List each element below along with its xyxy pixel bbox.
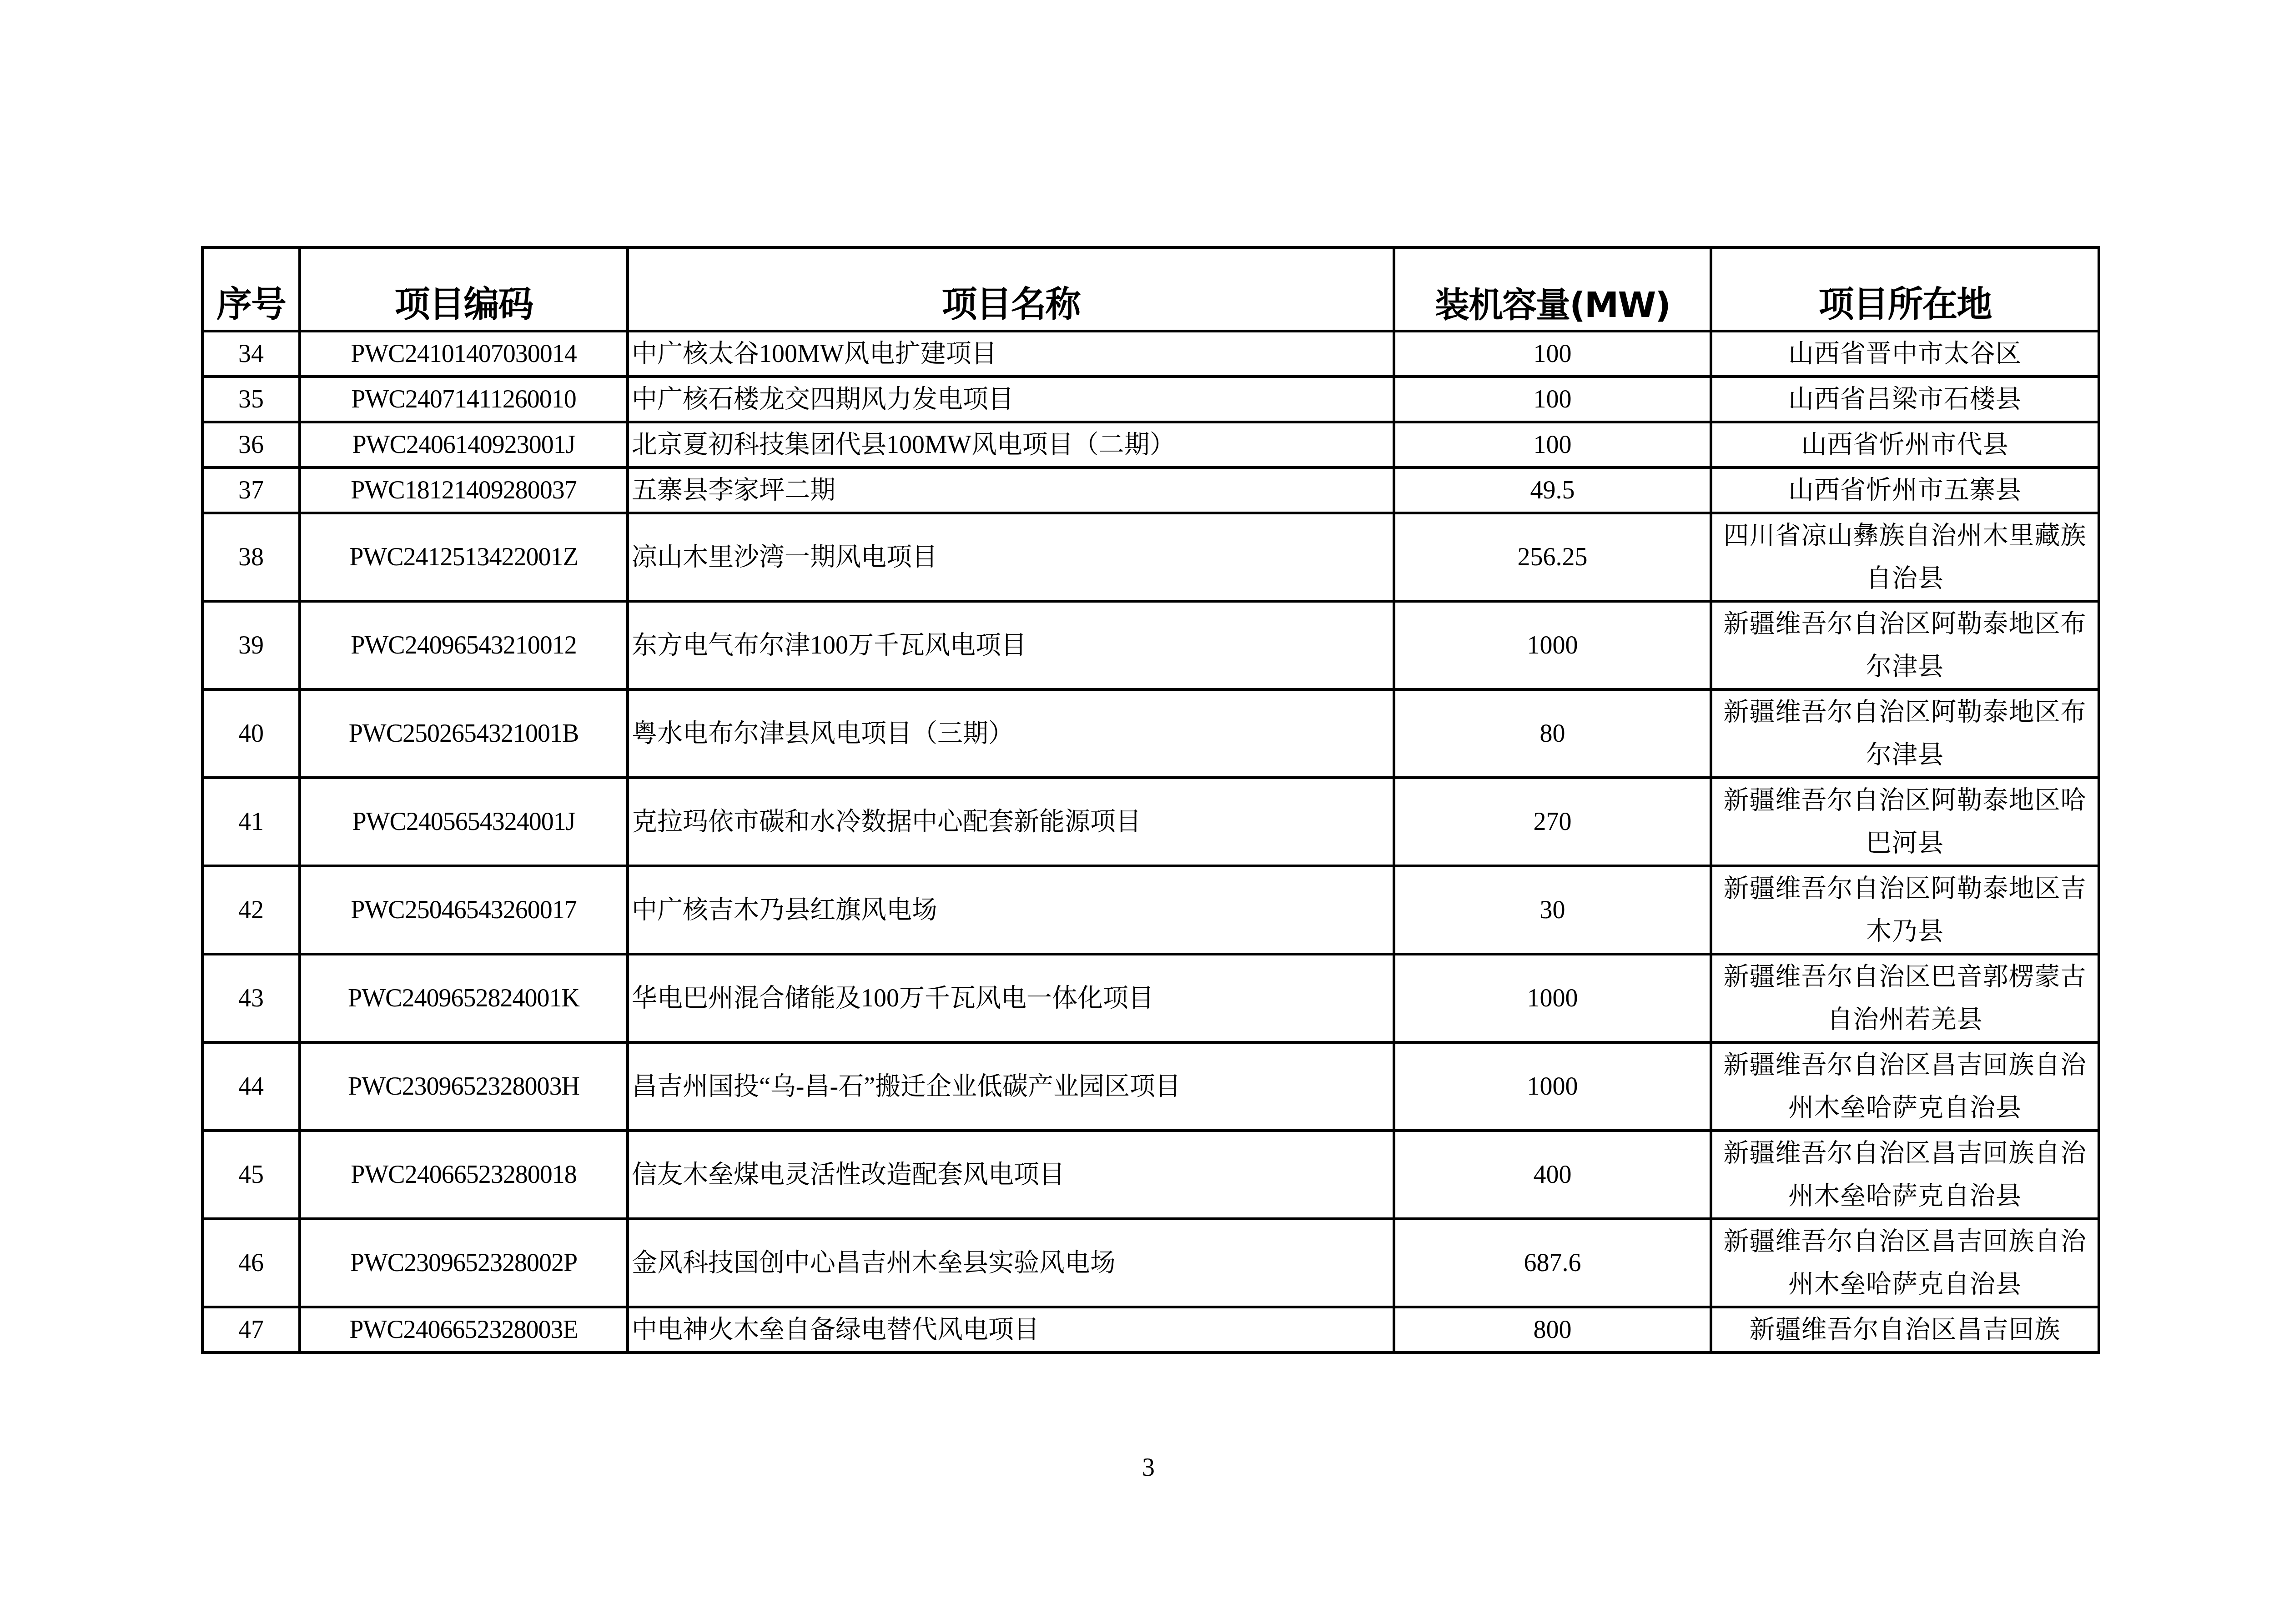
cell-capacity: 270 (1394, 778, 1711, 866)
table-row: 40 PWC2502654321001B 粤水电布尔津县风电项目（三期） 80 … (202, 689, 2099, 778)
cell-index: 42 (202, 866, 300, 954)
cell-index: 34 (202, 331, 300, 377)
cell-capacity: 687.6 (1394, 1219, 1711, 1307)
cell-name: 中电神火木垒自备绿电替代风电项目 (628, 1307, 1394, 1352)
cell-name: 粤水电布尔津县风电项目（三期） (628, 689, 1394, 778)
cell-code: PWC2309652328002P (300, 1219, 628, 1307)
cell-location: 山西省忻州市五寨县 (1711, 468, 2099, 513)
header-code: 项目编码 (300, 247, 628, 331)
cell-name: 北京夏初科技集团代县100MW风电项目（二期） (628, 422, 1394, 468)
cell-name: 中广核太谷100MW风电扩建项目 (628, 331, 1394, 377)
cell-capacity: 1000 (1394, 601, 1711, 689)
table-row: 35 PWC24071411260010 中广核石楼龙交四期风力发电项目 100… (202, 377, 2099, 422)
cell-capacity: 1000 (1394, 1042, 1711, 1131)
page-number: 3 (1126, 1453, 1171, 1482)
cell-capacity: 800 (1394, 1307, 1711, 1352)
table-row: 43 PWC2409652824001K 华电巴州混合储能及100万千瓦风电一体… (202, 954, 2099, 1042)
cell-index: 38 (202, 513, 300, 601)
cell-name: 昌吉州国投“乌-昌-石”搬迁企业低碳产业园区项目 (628, 1042, 1394, 1131)
cell-capacity: 256.25 (1394, 513, 1711, 601)
header-capacity: 装机容量(MW) (1394, 247, 1711, 331)
table-header-row: 序号 项目编码 项目名称 装机容量(MW) 项目所在地 (202, 247, 2099, 331)
cell-name: 凉山木里沙湾一期风电项目 (628, 513, 1394, 601)
table-row: 42 PWC25046543260017 中广核吉木乃县红旗风电场 30 新疆维… (202, 866, 2099, 954)
cell-name: 信友木垒煤电灵活性改造配套风电项目 (628, 1131, 1394, 1219)
cell-location: 新疆维吾尔自治区昌吉回族自治州木垒哈萨克自治县 (1711, 1042, 2099, 1131)
cell-location: 山西省晋中市太谷区 (1711, 331, 2099, 377)
cell-code: PWC24071411260010 (300, 377, 628, 422)
table-row: 41 PWC2405654324001J 克拉玛依市碳和水冷数据中心配套新能源项… (202, 778, 2099, 866)
cell-location: 新疆维吾尔自治区阿勒泰地区布尔津县 (1711, 601, 2099, 689)
cell-capacity: 49.5 (1394, 468, 1711, 513)
cell-location: 山西省忻州市代县 (1711, 422, 2099, 468)
cell-location: 新疆维吾尔自治区昌吉回族 (1711, 1307, 2099, 1352)
cell-code: PWC18121409280037 (300, 468, 628, 513)
cell-index: 37 (202, 468, 300, 513)
table-row: 34 PWC24101407030014 中广核太谷100MW风电扩建项目 10… (202, 331, 2099, 377)
cell-code: PWC24096543210012 (300, 601, 628, 689)
cell-code: PWC2406140923001J (300, 422, 628, 468)
cell-name: 东方电气布尔津100万千瓦风电项目 (628, 601, 1394, 689)
table-row: 45 PWC24066523280018 信友木垒煤电灵活性改造配套风电项目 4… (202, 1131, 2099, 1219)
cell-code: PWC2502654321001B (300, 689, 628, 778)
cell-index: 47 (202, 1307, 300, 1352)
cell-location: 新疆维吾尔自治区昌吉回族自治州木垒哈萨克自治县 (1711, 1219, 2099, 1307)
cell-code: PWC24066523280018 (300, 1131, 628, 1219)
document-page: 序号 项目编码 项目名称 装机容量(MW) 项目所在地 34 PWC241014… (0, 0, 2274, 1624)
cell-code: PWC25046543260017 (300, 866, 628, 954)
cell-code: PWC2405654324001J (300, 778, 628, 866)
cell-name: 金风科技国创中心昌吉州木垒县实验风电场 (628, 1219, 1394, 1307)
header-name: 项目名称 (628, 247, 1394, 331)
table-row: 36 PWC2406140923001J 北京夏初科技集团代县100MW风电项目… (202, 422, 2099, 468)
cell-capacity: 30 (1394, 866, 1711, 954)
table-row: 37 PWC18121409280037 五寨县李家坪二期 49.5 山西省忻州… (202, 468, 2099, 513)
cell-location: 新疆维吾尔自治区昌吉回族自治州木垒哈萨克自治县 (1711, 1131, 2099, 1219)
cell-location: 山西省吕梁市石楼县 (1711, 377, 2099, 422)
cell-code: PWC2309652328003H (300, 1042, 628, 1131)
table-row: 44 PWC2309652328003H 昌吉州国投“乌-昌-石”搬迁企业低碳产… (202, 1042, 2099, 1131)
cell-index: 40 (202, 689, 300, 778)
table-row: 46 PWC2309652328002P 金风科技国创中心昌吉州木垒县实验风电场… (202, 1219, 2099, 1307)
cell-name: 中广核石楼龙交四期风力发电项目 (628, 377, 1394, 422)
cell-index: 36 (202, 422, 300, 468)
cell-location: 新疆维吾尔自治区巴音郭楞蒙古自治州若羌县 (1711, 954, 2099, 1042)
cell-index: 41 (202, 778, 300, 866)
cell-name: 中广核吉木乃县红旗风电场 (628, 866, 1394, 954)
cell-index: 45 (202, 1131, 300, 1219)
cell-location: 新疆维吾尔自治区阿勒泰地区吉木乃县 (1711, 866, 2099, 954)
cell-location: 新疆维吾尔自治区阿勒泰地区哈巴河县 (1711, 778, 2099, 866)
cell-location: 四川省凉山彝族自治州木里藏族自治县 (1711, 513, 2099, 601)
cell-index: 46 (202, 1219, 300, 1307)
header-index: 序号 (202, 247, 300, 331)
cell-code: PWC24101407030014 (300, 331, 628, 377)
cell-code: PWC2406652328003E (300, 1307, 628, 1352)
cell-capacity: 1000 (1394, 954, 1711, 1042)
cell-index: 44 (202, 1042, 300, 1131)
cell-capacity: 400 (1394, 1131, 1711, 1219)
cell-name: 五寨县李家坪二期 (628, 468, 1394, 513)
cell-index: 43 (202, 954, 300, 1042)
cell-name: 华电巴州混合储能及100万千瓦风电一体化项目 (628, 954, 1394, 1042)
cell-index: 39 (202, 601, 300, 689)
cell-index: 35 (202, 377, 300, 422)
project-table: 序号 项目编码 项目名称 装机容量(MW) 项目所在地 34 PWC241014… (201, 246, 2100, 1354)
cell-location: 新疆维吾尔自治区阿勒泰地区布尔津县 (1711, 689, 2099, 778)
cell-capacity: 100 (1394, 422, 1711, 468)
cell-name: 克拉玛依市碳和水冷数据中心配套新能源项目 (628, 778, 1394, 866)
table-row: 39 PWC24096543210012 东方电气布尔津100万千瓦风电项目 1… (202, 601, 2099, 689)
cell-capacity: 100 (1394, 331, 1711, 377)
table-row: 38 PWC2412513422001Z 凉山木里沙湾一期风电项目 256.25… (202, 513, 2099, 601)
cell-capacity: 100 (1394, 377, 1711, 422)
cell-code: PWC2409652824001K (300, 954, 628, 1042)
header-location: 项目所在地 (1711, 247, 2099, 331)
table-row: 47 PWC2406652328003E 中电神火木垒自备绿电替代风电项目 80… (202, 1307, 2099, 1352)
cell-code: PWC2412513422001Z (300, 513, 628, 601)
cell-capacity: 80 (1394, 689, 1711, 778)
